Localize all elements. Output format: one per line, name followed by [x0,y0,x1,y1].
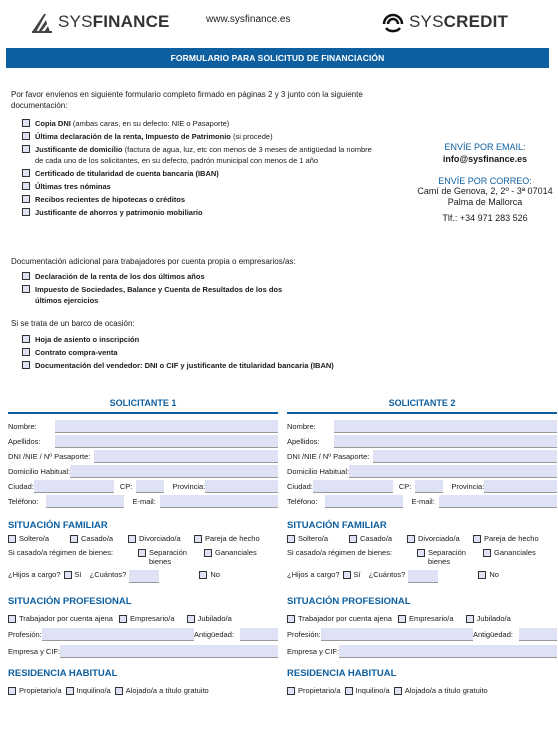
syscredit-logo: SYSCREDIT [381,9,508,35]
document-checkbox[interactable] [22,145,30,153]
boat-documents-list: Hoja de asiento o inscripciónContrato co… [22,334,382,373]
empresa-label: Empresa y CIF: [8,647,60,658]
document-name: Contrato compra-venta [35,348,118,357]
nombre-input[interactable] [55,420,278,433]
hijos-label: ¿Hijos a cargo? [287,570,340,579]
inquilino-label: Inquilino/a [77,686,111,695]
domicilio-input[interactable] [70,465,278,478]
empresario-label: Empresario/a [409,614,454,623]
document-item: Última declaración de la renta, Impuesto… [22,131,372,144]
apellidos-label: Apellidos: [287,437,320,448]
applicant-2-section: SOLICITANTE 2Nombre:Apellidos:DNI /NIE /… [287,398,557,700]
hijos-label: ¿Hijos a cargo? [8,570,61,579]
propietario-checkbox[interactable] [8,687,16,695]
nombre-input[interactable] [334,420,557,433]
document-item: Últimas tres nóminas [22,181,372,194]
document-name: Justificante de ahorros y patrimonio mob… [35,208,203,217]
family-situation-heading: SITUACIÓN FAMILIAR [287,520,557,534]
hijos-no-option[interactable]: No [478,570,499,579]
document-note: (si procede) [231,132,273,141]
jubilado-checkbox[interactable] [187,615,195,623]
telefono-input[interactable] [325,495,403,508]
ajena-checkbox[interactable] [8,615,16,623]
document-checkbox[interactable] [22,208,30,216]
inquilino-option[interactable]: Inquilino/a [345,686,390,695]
pareja-option[interactable]: Pareja de hecho [194,534,260,543]
pareja-checkbox[interactable] [473,535,481,543]
document-checkbox[interactable] [22,361,30,369]
separacion-checkbox[interactable] [138,549,146,557]
boat-label: Si se trata de un barco de ocasión: [11,319,135,328]
cuantos-label: ¿Cuántos? [369,570,406,579]
hijos-no-label: No [489,570,499,579]
applicant-title: SOLICITANTE 1 [8,398,278,412]
contact-address: Camí de Genova, 2, 2º - 3ª 07014 Palma d… [415,186,555,208]
cp-label: CP: [120,482,133,493]
propietario-option[interactable]: Propietario/a [287,686,341,695]
section-divider [287,412,557,414]
document-name: Recibos recientes de hipotecas o crédito… [35,195,185,204]
empresa-label: Empresa y CIF: [287,647,339,658]
alojado-checkbox[interactable] [394,687,402,695]
document-item: Justificante de ahorros y patrimonio mob… [22,207,372,220]
ajena-option[interactable]: Trabajador por cuenta ajena [287,614,392,623]
antiguedad-input[interactable] [519,628,557,641]
alojado-checkbox[interactable] [115,687,123,695]
document-item: Documentación del vendedor: DNI o CIF y … [22,360,382,373]
propietario-label: Propietario/a [298,686,341,695]
hijos-si-label: Sí [75,570,82,579]
jubilado-label: Jubilado/a [477,614,511,623]
soltero-label: Soltero/a [298,534,328,543]
soltero-checkbox[interactable] [8,535,16,543]
hijos-si-option[interactable]: Sí [343,570,361,579]
syscredit-arc-icon [381,10,405,34]
telefono-input[interactable] [46,495,124,508]
divorciado-label: Divorciado/a [139,534,181,543]
pareja-label: Pareja de hecho [484,534,539,543]
contact-phone: Tlf.: +34 971 283 526 [415,213,555,223]
cuantos-label: ¿Cuántos? [90,570,127,579]
professional-situation-heading: SITUACIÓN PROFESIONAL [287,596,557,610]
casado-option[interactable]: Casado/a [349,534,407,543]
empresa-input[interactable] [339,645,557,658]
telefono-label: Teléfono: [8,497,38,508]
separacion-label: Separación bienes [428,548,483,566]
sysfinance-logo: SYSFINANCE [30,9,170,35]
empresario-checkbox[interactable] [398,615,406,623]
inquilino-option[interactable]: Inquilino/a [66,686,111,695]
gananciales-checkbox[interactable] [204,549,212,557]
separacion-option[interactable]: Separación bienes [417,548,483,566]
document-name: Últimas tres nóminas [35,182,111,191]
casado-label: Casado/a [81,534,113,543]
inquilino-checkbox[interactable] [66,687,74,695]
document-checkbox[interactable] [22,182,30,190]
casado-label: Casado/a [360,534,392,543]
ajena-label: Trabajador por cuenta ajena [298,614,392,623]
ciudad-label: Ciudad: [8,482,34,493]
hijos-no-label: No [210,570,220,579]
casado-checkbox[interactable] [349,535,357,543]
soltero-label: Soltero/a [19,534,49,543]
gananciales-option[interactable]: Gananciales [483,548,536,557]
family-situation-heading: SITUACIÓN FAMILIAR [8,520,278,534]
nombre-label: Nombre: [8,422,37,433]
hijos-no-checkbox[interactable] [199,571,207,579]
document-checkbox[interactable] [22,348,30,356]
applicant-1-section: SOLICITANTE 1Nombre:Apellidos:DNI /NIE /… [8,398,278,700]
separacion-checkbox[interactable] [417,549,425,557]
email-input[interactable] [160,495,278,508]
inquilino-checkbox[interactable] [345,687,353,695]
casado-option[interactable]: Casado/a [70,534,128,543]
jubilado-option[interactable]: Jubilado/a [466,614,511,623]
soltero-option[interactable]: Soltero/a [8,534,70,543]
email-label: E-mail: [411,497,434,508]
separacion-option[interactable]: Separación bienes [138,548,204,566]
form-title-banner: FORMULARIO PARA SOLICITUD DE FINANCIACIÓ… [6,48,549,68]
cp-input[interactable] [415,480,443,493]
email-label: E-mail: [132,497,155,508]
document-name: Declaración de la renta de los dos últim… [35,272,205,281]
divorciado-option[interactable]: Divorciado/a [128,534,194,543]
divorciado-label: Divorciado/a [418,534,460,543]
alojado-option[interactable]: Alojado/a a título gratuito [115,686,209,695]
hijos-no-checkbox[interactable] [478,571,486,579]
hijos-si-checkbox[interactable] [343,571,351,579]
gananciales-label: Gananciales [215,548,257,557]
document-checkbox[interactable] [22,272,30,280]
contact-info: ENVÍE POR EMAIL: info@sysfinance.es ENVÍ… [415,142,555,223]
profesion-input[interactable] [42,628,194,641]
apellidos-input[interactable] [334,435,557,448]
document-item: Impuesto de Sociedades, Balance y Cuenta… [22,284,302,308]
sysfinance-mountain-icon [30,10,54,34]
empresario-checkbox[interactable] [119,615,127,623]
email-label: ENVÍE POR EMAIL: [415,142,555,152]
alojado-option[interactable]: Alojado/a a título gratuito [394,686,488,695]
main-documents-list: Copia DNI (ambas caras, en su defecto: N… [22,118,372,220]
hijos-si-checkbox[interactable] [64,571,72,579]
propietario-label: Propietario/a [19,686,62,695]
document-name: Copia DNI [35,119,71,128]
antiguedad-label: Antigüedad: [194,630,234,641]
email-input[interactable] [439,495,557,508]
regimen-label: Si casado/a régimen de bienes: [8,548,138,557]
provincia-label: Provincia: [451,482,484,493]
self-employed-label: Documentación adicional para trabajadore… [11,257,296,266]
divorciado-checkbox[interactable] [128,535,136,543]
dni-input[interactable] [373,450,557,463]
applicant-title: SOLICITANTE 2 [287,398,557,412]
document-name: Última declaración de la renta, Impuesto… [35,132,231,141]
document-name: Justificante de domicilio [35,145,123,154]
soltero-option[interactable]: Soltero/a [287,534,349,543]
hijos-no-option[interactable]: No [199,570,220,579]
casado-checkbox[interactable] [70,535,78,543]
document-checkbox[interactable] [22,132,30,140]
dni-label: DNI /NIE / Nº Pasaporte: [287,452,369,463]
dni-label: DNI /NIE / Nº Pasaporte: [8,452,90,463]
self-employed-documents-list: Declaración de la renta de los dos últim… [22,271,302,308]
nombre-label: Nombre: [287,422,316,433]
divorciado-checkbox[interactable] [407,535,415,543]
provincia-label: Provincia: [172,482,205,493]
antiguedad-input[interactable] [240,628,278,641]
document-item: Justificante de domicilio (factura de ag… [22,144,372,168]
apellidos-input[interactable] [55,435,278,448]
document-item: Hoja de asiento o inscripción [22,334,382,347]
inquilino-label: Inquilino/a [356,686,390,695]
website-link[interactable]: www.sysfinance.es [206,14,290,25]
residence-heading: RESIDENCIA HABITUAL [287,668,557,682]
divorciado-option[interactable]: Divorciado/a [407,534,473,543]
document-name: Certificado de titularidad de cuenta ban… [35,169,219,178]
alojado-label: Alojado/a a título gratuito [126,686,209,695]
gananciales-label: Gananciales [494,548,536,557]
mail-label: ENVÍE POR CORREO: [415,176,555,186]
document-name: Impuesto de Sociedades, Balance y Cuenta… [35,285,282,305]
soltero-checkbox[interactable] [287,535,295,543]
jubilado-option[interactable]: Jubilado/a [187,614,232,623]
apellidos-label: Apellidos: [8,437,41,448]
provincia-input[interactable] [205,480,278,493]
document-checkbox[interactable] [22,335,30,343]
gananciales-option[interactable]: Gananciales [204,548,257,557]
dni-input[interactable] [94,450,278,463]
ajena-option[interactable]: Trabajador por cuenta ajena [8,614,113,623]
telefono-label: Teléfono: [287,497,317,508]
document-note: (ambas caras, en su defecto: NIE o Pasap… [71,119,229,128]
domicilio-label: Domicilio Habitual: [8,467,70,478]
document-checkbox[interactable] [22,169,30,177]
hijos-si-label: Sí [354,570,361,579]
pareja-option[interactable]: Pareja de hecho [473,534,539,543]
cuantos-input[interactable] [129,570,159,583]
empresario-option[interactable]: Empresario/a [119,614,175,623]
document-name: Hoja de asiento o inscripción [35,335,139,344]
pareja-label: Pareja de hecho [205,534,260,543]
document-item: Contrato compra-venta [22,347,382,360]
ciudad-label: Ciudad: [287,482,313,493]
antiguedad-label: Antigüedad: [473,630,513,641]
cp-label: CP: [399,482,412,493]
provincia-input[interactable] [484,480,557,493]
profesion-input[interactable] [321,628,473,641]
profesion-label: Profesión: [287,630,321,641]
empresario-option[interactable]: Empresario/a [398,614,454,623]
ciudad-input[interactable] [34,480,114,493]
cp-input[interactable] [136,480,164,493]
document-checkbox[interactable] [22,119,30,127]
document-item: Recibos recientes de hipotecas o crédito… [22,194,372,207]
jubilado-label: Jubilado/a [198,614,232,623]
professional-situation-heading: SITUACIÓN PROFESIONAL [8,596,278,610]
residence-heading: RESIDENCIA HABITUAL [8,668,278,682]
intro-text: Por favor envienos en siguiente formular… [11,89,371,111]
alojado-label: Alojado/a a título gratuito [405,686,488,695]
domicilio-input[interactable] [349,465,557,478]
document-checkbox[interactable] [22,195,30,203]
jubilado-checkbox[interactable] [466,615,474,623]
profesion-label: Profesión: [8,630,42,641]
header: SYSFINANCE www.sysfinance.es SYSCREDIT [0,0,558,46]
ciudad-input[interactable] [313,480,393,493]
domicilio-label: Domicilio Habitual: [287,467,349,478]
cuantos-input[interactable] [408,570,438,583]
empresa-input[interactable] [60,645,278,658]
ajena-label: Trabajador por cuenta ajena [19,614,113,623]
propietario-option[interactable]: Propietario/a [8,686,62,695]
document-item: Copia DNI (ambas caras, en su defecto: N… [22,118,372,131]
section-divider [8,412,278,414]
gananciales-checkbox[interactable] [483,549,491,557]
separacion-label: Separación bienes [149,548,204,566]
document-name: Documentación del vendedor: DNI o CIF y … [35,361,334,370]
pareja-checkbox[interactable] [194,535,202,543]
document-checkbox[interactable] [22,285,30,293]
empresario-label: Empresario/a [130,614,175,623]
hijos-si-option[interactable]: Sí [64,570,82,579]
document-item: Certificado de titularidad de cuenta ban… [22,168,372,181]
regimen-label: Si casado/a régimen de bienes: [287,548,417,557]
ajena-checkbox[interactable] [287,615,295,623]
document-item: Declaración de la renta de los dos últim… [22,271,302,284]
contact-email[interactable]: info@sysfinance.es [415,154,555,164]
propietario-checkbox[interactable] [287,687,295,695]
